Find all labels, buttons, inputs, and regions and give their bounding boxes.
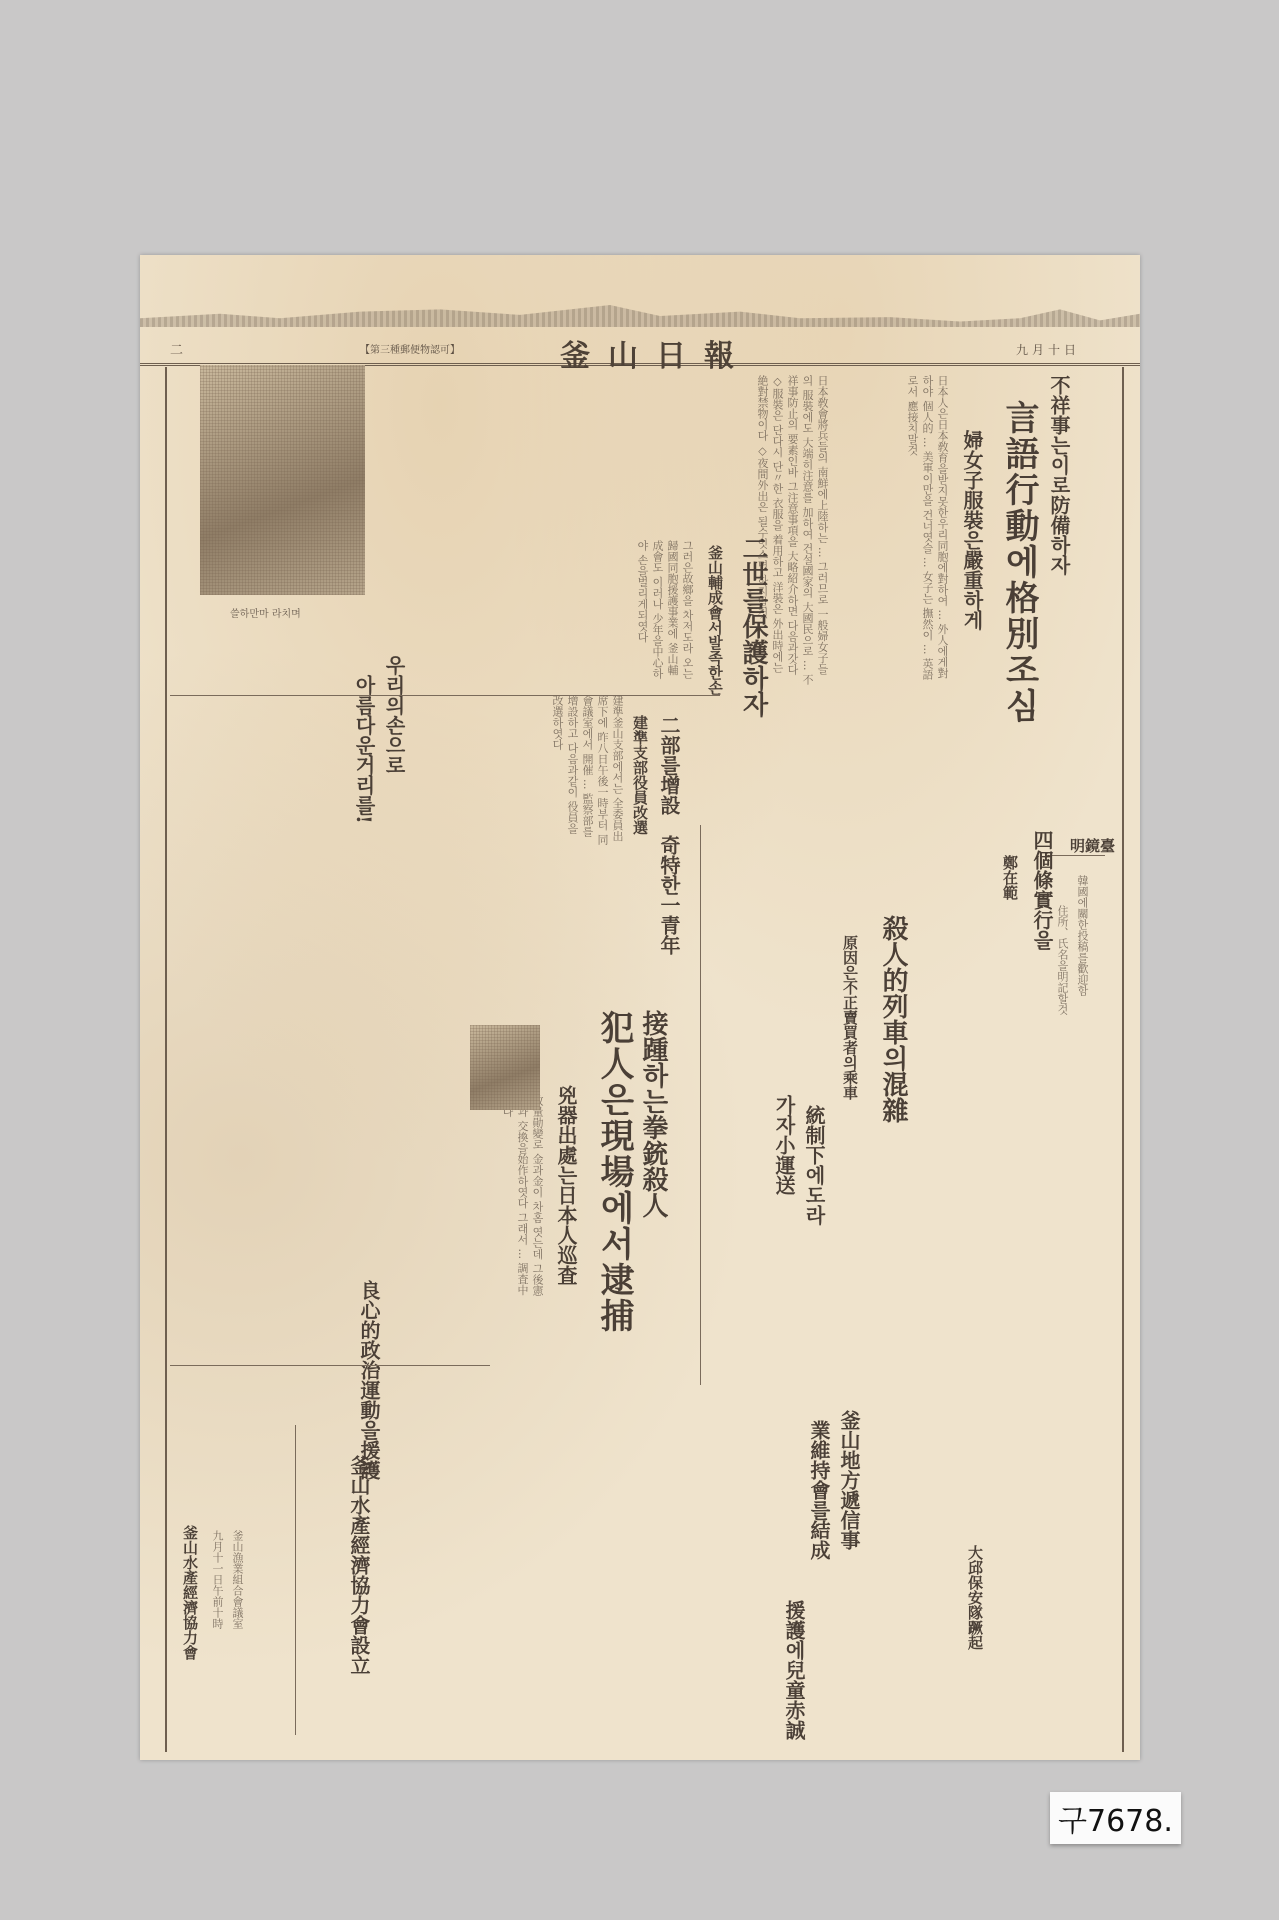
subhead-streets: 아름다운거리를! — [350, 675, 379, 824]
divider — [700, 825, 701, 1385]
headline-second-generation: 二世를保護하자 — [735, 535, 772, 717]
kicker-top-right: 不祥事는이로防備하자 — [1045, 375, 1074, 575]
torn-top-edge — [140, 305, 1140, 327]
issue-date: 九月十日 — [1016, 341, 1080, 358]
headline-shooting: 犯人은現場에서逮捕 — [590, 1010, 639, 1334]
article-body-shooting: 敦量勛變로 金과金이 차홈 엿는데 그後憲兵과 交換을始作하엿다 그래서 ...… — [460, 1095, 545, 1305]
headline-four-items: 四個條實行을 — [1028, 830, 1057, 950]
archive-label: 구7678. — [1050, 1792, 1181, 1844]
headline-top-right: 言語行動에格別조심 — [995, 400, 1044, 724]
headline-youth: 奇特한一青年 — [655, 835, 684, 955]
headline-streets: 우리의손으로 — [380, 655, 409, 775]
newspaper-page: 二 【第三種郵便物認可】 釜山日報 九月十日 不祥事는이로防備하자 言語行動에格… — [140, 255, 1140, 1760]
column-notice-2: 住所、氏名을明記할것 — [1055, 905, 1070, 1015]
photo-portrait — [470, 1025, 540, 1110]
headline-political: 良心的政治運動을援護 — [355, 1280, 384, 1480]
column-title: 明鏡臺 — [1070, 835, 1115, 856]
headline-transport: 統制下에도라 — [800, 1105, 829, 1225]
column-notice: 韓國에關한投稿를歡迎함 — [1075, 875, 1090, 996]
article-body: 日本人은日本敎育을받지못한우리同胞에對하여 ... 外人에게對하야 個人的 ..… — [840, 375, 950, 685]
headline-train: 殺人的列車의混雜 — [875, 915, 912, 1123]
article-body-branch: 建準釜山支部에서는 全委員出席下에 昨八日午後一時부터 同會議室에서 開催 ..… — [540, 695, 625, 845]
article-body: 그러은故鄉을 차저도라 오는 歸國同胞援護事業에 釜山輔成會도 이러나 少年을中… — [590, 540, 695, 685]
fisheries-place: 釜山漁業組合會議室 — [230, 1530, 245, 1629]
masthead: 二 【第三種郵便物認可】 釜山日報 九月十日 — [140, 327, 1140, 366]
byline-second-generation: 釜山輔成會서발족한손 — [705, 545, 726, 695]
issue-info: 【第三種郵便物認可】 — [360, 341, 460, 356]
subhead-shooting: 兇器出處는日本人巡査 — [552, 1085, 581, 1285]
subhead-transport: 가자小運送 — [770, 1095, 799, 1195]
headline-branch: 二部를增設 — [655, 715, 684, 815]
divider — [170, 1365, 490, 1366]
subhead-top-right: 婦女子服裝은嚴重하게 — [958, 430, 987, 630]
subhead-telecom: 業維持會를結成 — [805, 1420, 834, 1560]
byline-four-items: 鄭在範 — [1000, 855, 1021, 900]
footer-fisheries: 釜山水產經濟協力會 — [180, 1525, 201, 1660]
fisheries-date: 九月十一日午前十時 — [210, 1530, 225, 1629]
photo-caption: 쓸하만마 라치며 — [230, 605, 301, 620]
headline-children: 援護에兒童赤誠 — [780, 1600, 809, 1740]
divider — [170, 695, 720, 696]
page-number: 二 — [170, 339, 183, 358]
divider — [295, 1425, 296, 1735]
kicker-shooting: 接踵하는拳銃殺人 — [635, 1010, 672, 1218]
headline-fisheries: 釜山水產經濟協力會設立 — [345, 1455, 374, 1675]
subhead-train: 原因은不正賣買者의乘車 — [840, 935, 861, 1100]
photo-top-left — [200, 365, 365, 595]
subhead-branch: 建準支部役員改選 — [630, 715, 651, 835]
headline-telecom: 釜山地方遞信事 — [835, 1410, 864, 1550]
headline-security: 大邱保安隊蹶起 — [965, 1545, 986, 1650]
